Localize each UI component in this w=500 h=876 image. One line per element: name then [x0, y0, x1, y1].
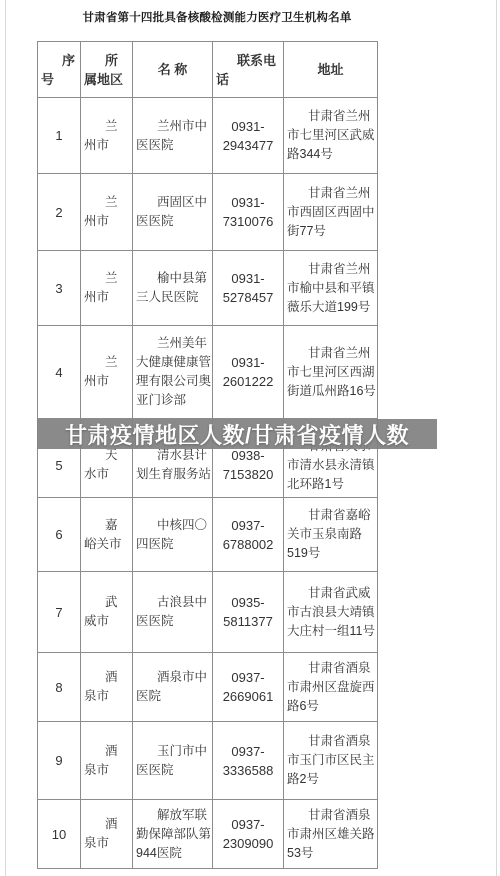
cell-region: 酒 泉市 — [81, 722, 133, 800]
header-row: 序 号 所 属地区 名 称 联系电 话 地址 — [38, 42, 378, 98]
cell-address: 甘肃省嘉峪 关市玉泉南路 519号 — [284, 498, 378, 572]
cell-number: 10 — [38, 800, 81, 869]
cell-address: 甘肃省兰州 市七里河区西湖 街道瓜州路16号 — [284, 326, 378, 419]
institutions-table: 序 号 所 属地区 名 称 联系电 话 地址 1 兰 州市 兰州市中 医医院 0… — [37, 41, 378, 869]
cell-number: 9 — [38, 722, 81, 800]
table-row: 6 嘉 峪关市 中核四〇 四医院 0937- 6788002 甘肃省嘉峪 关市玉… — [38, 498, 378, 572]
cell-name: 中核四〇 四医院 — [133, 498, 213, 572]
page-left-edge-line — [5, 0, 6, 876]
table-row: 1 兰 州市 兰州市中 医医院 0931- 2943477 甘肃省兰州 市七里河… — [38, 98, 378, 174]
cell-phone: 0931- 7310076 — [213, 174, 284, 251]
table-row: 4 兰 州市 兰州美年 大健康健康管 理有限公司奥 亚门诊部 0931- 260… — [38, 326, 378, 419]
col-header-address: 地址 — [284, 42, 378, 98]
cell-address: 甘肃省酒泉 市肃州区雄关路 53号 — [284, 800, 378, 869]
table-row: 10 酒 泉市 解放军联 勤保障部队第 944医院 0937- 2309090 … — [38, 800, 378, 869]
cell-number: 6 — [38, 498, 81, 572]
overlay-caption-banner: 甘肃疫情地区人数/甘肃省疫情人数 — [37, 419, 437, 449]
cell-region: 酒 泉市 — [81, 800, 133, 869]
cell-region: 兰 州市 — [81, 98, 133, 174]
col-header-phone: 联系电 话 — [213, 42, 284, 98]
cell-phone: 0935- 5811377 — [213, 572, 284, 653]
cell-name: 榆中县第 三人民医院 — [133, 251, 213, 326]
col-header-region: 所 属地区 — [81, 42, 133, 98]
table-row: 8 酒 泉市 酒泉市中 医院 0937- 2669061 甘肃省酒泉 市肃州区盘… — [38, 653, 378, 722]
col-header-name: 名 称 — [133, 42, 213, 98]
table-row: 9 酒 泉市 玉门市中 医医院 0937- 3336588 甘肃省酒泉 市玉门市… — [38, 722, 378, 800]
table-row: 7 武 威市 古浪县中 医医院 0935- 5811377 甘肃省武威 市古浪县… — [38, 572, 378, 653]
cell-number: 1 — [38, 98, 81, 174]
cell-number: 8 — [38, 653, 81, 722]
cell-name: 酒泉市中 医院 — [133, 653, 213, 722]
table-header: 序 号 所 属地区 名 称 联系电 话 地址 — [38, 42, 378, 98]
cell-name: 古浪县中 医医院 — [133, 572, 213, 653]
cell-name: 西固区中 医医院 — [133, 174, 213, 251]
cell-region: 兰 州市 — [81, 326, 133, 419]
cell-name: 解放军联 勤保障部队第 944医院 — [133, 800, 213, 869]
cell-phone: 0931- 2601222 — [213, 326, 284, 419]
cell-phone: 0937- 6788002 — [213, 498, 284, 572]
cell-phone: 0937- 2669061 — [213, 653, 284, 722]
cell-address: 甘肃省酒泉 市肃州区盘旋西 路6号 — [284, 653, 378, 722]
cell-address: 甘肃省兰州 市榆中县和平镇 薇乐大道199号 — [284, 251, 378, 326]
table-row: 3 兰 州市 榆中县第 三人民医院 0931- 5278457 甘肃省兰州 市榆… — [38, 251, 378, 326]
cell-number: 2 — [38, 174, 81, 251]
cell-phone: 0937- 2309090 — [213, 800, 284, 869]
cell-address: 甘肃省武威 市古浪县大靖镇 大庄村一组11号 — [284, 572, 378, 653]
overlay-caption-text: 甘肃疫情地区人数/甘肃省疫情人数 — [65, 419, 409, 450]
cell-address: 甘肃省兰州 市七里河区武威 路344号 — [284, 98, 378, 174]
cell-name: 玉门市中 医医院 — [133, 722, 213, 800]
table-body: 1 兰 州市 兰州市中 医医院 0931- 2943477 甘肃省兰州 市七里河… — [38, 98, 378, 869]
col-header-number: 序 号 — [38, 42, 81, 98]
cell-name: 兰州美年 大健康健康管 理有限公司奥 亚门诊部 — [133, 326, 213, 419]
cell-number: 7 — [38, 572, 81, 653]
cell-phone: 0937- 3336588 — [213, 722, 284, 800]
table-row: 2 兰 州市 西固区中 医医院 0931- 7310076 甘肃省兰州 市西固区… — [38, 174, 378, 251]
cell-address: 甘肃省酒泉 市玉门市区民主 路2号 — [284, 722, 378, 800]
cell-name: 兰州市中 医医院 — [133, 98, 213, 174]
page-right-edge-line — [496, 0, 497, 876]
cell-phone: 0931- 5278457 — [213, 251, 284, 326]
cell-address: 甘肃省兰州 市西固区西固中 街77号 — [284, 174, 378, 251]
cell-region: 酒 泉市 — [81, 653, 133, 722]
cell-region: 兰 州市 — [81, 251, 133, 326]
cell-number: 3 — [38, 251, 81, 326]
cell-region: 武 威市 — [81, 572, 133, 653]
page-title: 甘肃省第十四批具备核酸检测能力医疗卫生机构名单 — [37, 9, 397, 25]
cell-region: 嘉 峪关市 — [81, 498, 133, 572]
cell-number: 4 — [38, 326, 81, 419]
cell-region: 兰 州市 — [81, 174, 133, 251]
cell-phone: 0931- 2943477 — [213, 98, 284, 174]
